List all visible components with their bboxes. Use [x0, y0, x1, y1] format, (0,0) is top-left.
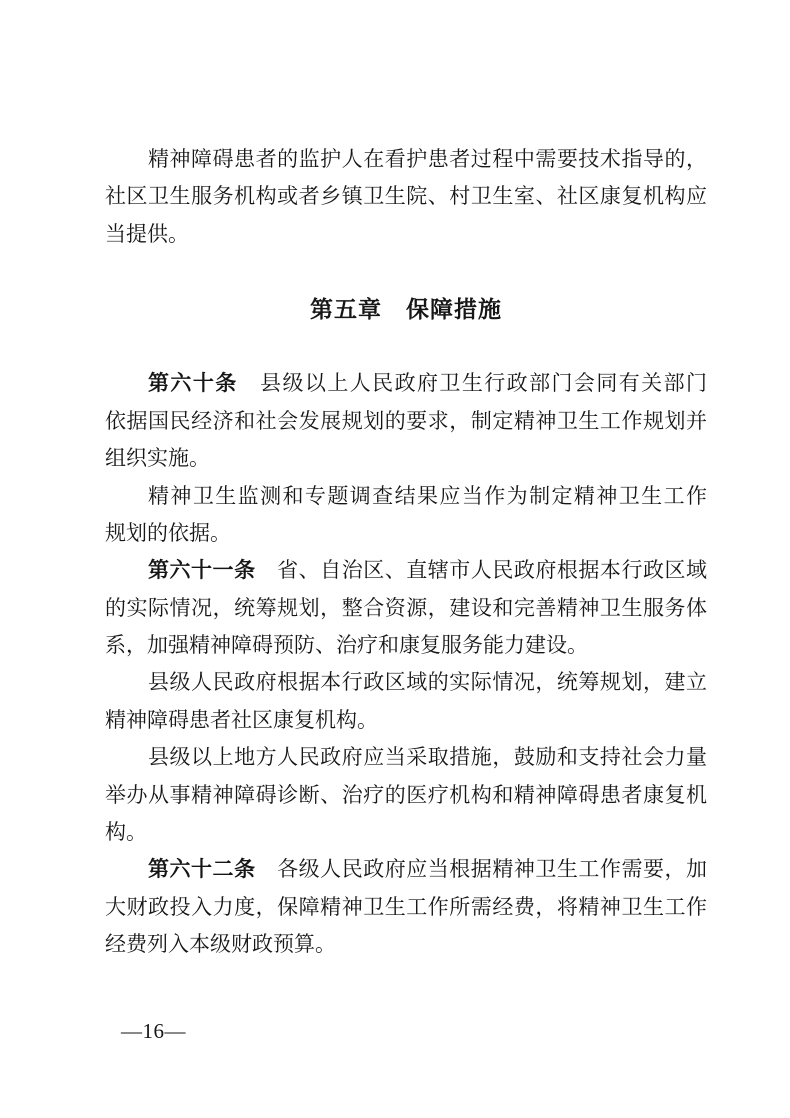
text-line: 经费列入本级财政预算。: [105, 926, 707, 963]
text-line: 精神障碍患者社区康复机构。: [105, 702, 707, 739]
text-run: 举办从事精神障碍诊断、治疗的医疗机构和精神障碍患者康复机: [105, 783, 707, 807]
text-line: 的实际情况，统筹规划，整合资源，建设和完善精神卫生服务体: [105, 590, 707, 627]
text-run: 规划的依据。: [105, 521, 231, 545]
text-run: 组织实施。: [105, 446, 210, 470]
text-run: 省、自治区、直辖市人民政府根据本行政区域: [256, 558, 707, 582]
article-number: 第六十二条: [148, 858, 256, 881]
text-line: 构。: [105, 814, 707, 851]
text-run: 精神障碍患者的监护人在看护患者过程中需要技术指导的，: [148, 147, 707, 171]
text-run: 系，加强精神障碍预防、治疗和康复服务能力建设。: [105, 633, 588, 657]
text-line: 县级以上地方人民政府应当采取措施，鼓励和支持社会力量: [105, 739, 707, 776]
text-run: 的实际情况，统筹规划，整合资源，建设和完善精神卫生服务体: [105, 596, 707, 620]
text-run: 各级人民政府应当根据精神卫生工作需要，加: [256, 857, 707, 881]
text-line: 县级人民政府根据本行政区域的实际情况，统筹规划，建立: [105, 664, 707, 701]
article-number: 第六十一条: [148, 559, 256, 582]
paragraph: 第六十一条 省、自治区、直辖市人民政府根据本行政区域的实际情况，统筹规划，整合资…: [105, 552, 707, 664]
text-run: 大财政投入力度，保障精神卫生工作所需经费，将精神卫生工作: [105, 895, 707, 919]
text-line: 当提供。: [105, 216, 707, 253]
text-line: 系，加强精神障碍预防、治疗和康复服务能力建设。: [105, 627, 707, 664]
text-line: 依据国民经济和社会发展规划的要求，制定精神卫生工作规划并: [105, 403, 707, 440]
document-content: 精神障碍患者的监护人在看护患者过程中需要技术指导的，社区卫生服务机构或者乡镇卫生…: [105, 141, 707, 964]
paragraph: 精神卫生监测和专题调查结果应当作为制定精神卫生工作规划的依据。: [105, 478, 707, 553]
paragraph: 精神障碍患者的监护人在看护患者过程中需要技术指导的，社区卫生服务机构或者乡镇卫生…: [105, 141, 707, 253]
document-page: 精神障碍患者的监护人在看护患者过程中需要技术指导的，社区卫生服务机构或者乡镇卫生…: [0, 0, 790, 1118]
text-run: 构。: [105, 820, 147, 844]
chapter-heading: 第五章 保障措施: [105, 291, 707, 328]
text-line: 举办从事精神障碍诊断、治疗的医疗机构和精神障碍患者康复机: [105, 777, 707, 814]
text-run: 社区卫生服务机构或者乡镇卫生院、村卫生室、社区康复机构应: [105, 184, 707, 208]
text-line: 规划的依据。: [105, 515, 707, 552]
text-line: 第六十一条 省、自治区、直辖市人民政府根据本行政区域: [105, 552, 707, 589]
text-line: 大财政投入力度，保障精神卫生工作所需经费，将精神卫生工作: [105, 889, 707, 926]
text-line: 第六十二条 各级人民政府应当根据精神卫生工作需要，加: [105, 851, 707, 888]
text-run: 县级以上人民政府卫生行政部门会同有关部门: [238, 371, 707, 395]
text-run: 县级人民政府根据本行政区域的实际情况，统筹规划，建立: [148, 670, 707, 694]
paragraph: 第六十条 县级以上人民政府卫生行政部门会同有关部门依据国民经济和社会发展规划的要…: [105, 365, 707, 477]
text-line: 第六十条 县级以上人民政府卫生行政部门会同有关部门: [105, 365, 707, 402]
page-number: —16—: [121, 1019, 186, 1044]
text-run: 精神卫生监测和专题调查结果应当作为制定精神卫生工作: [148, 484, 707, 508]
text-line: 精神卫生监测和专题调查结果应当作为制定精神卫生工作: [105, 478, 707, 515]
paragraph: 县级人民政府根据本行政区域的实际情况，统筹规划，建立精神障碍患者社区康复机构。: [105, 664, 707, 739]
text-run: 县级以上地方人民政府应当采取措施，鼓励和支持社会力量: [148, 745, 707, 769]
text-run: 经费列入本级财政预算。: [105, 932, 336, 956]
text-run: 精神障碍患者社区康复机构。: [105, 708, 378, 732]
paragraph: 第六十二条 各级人民政府应当根据精神卫生工作需要，加大财政投入力度，保障精神卫生…: [105, 851, 707, 963]
text-line: 精神障碍患者的监护人在看护患者过程中需要技术指导的，: [105, 141, 707, 178]
article-number: 第六十条: [148, 372, 238, 395]
text-run: 依据国民经济和社会发展规划的要求，制定精神卫生工作规划并: [105, 409, 707, 433]
text-line: 社区卫生服务机构或者乡镇卫生院、村卫生室、社区康复机构应: [105, 178, 707, 215]
paragraph: 县级以上地方人民政府应当采取措施，鼓励和支持社会力量举办从事精神障碍诊断、治疗的…: [105, 739, 707, 851]
text-run: 当提供。: [105, 222, 189, 246]
text-line: 组织实施。: [105, 440, 707, 477]
